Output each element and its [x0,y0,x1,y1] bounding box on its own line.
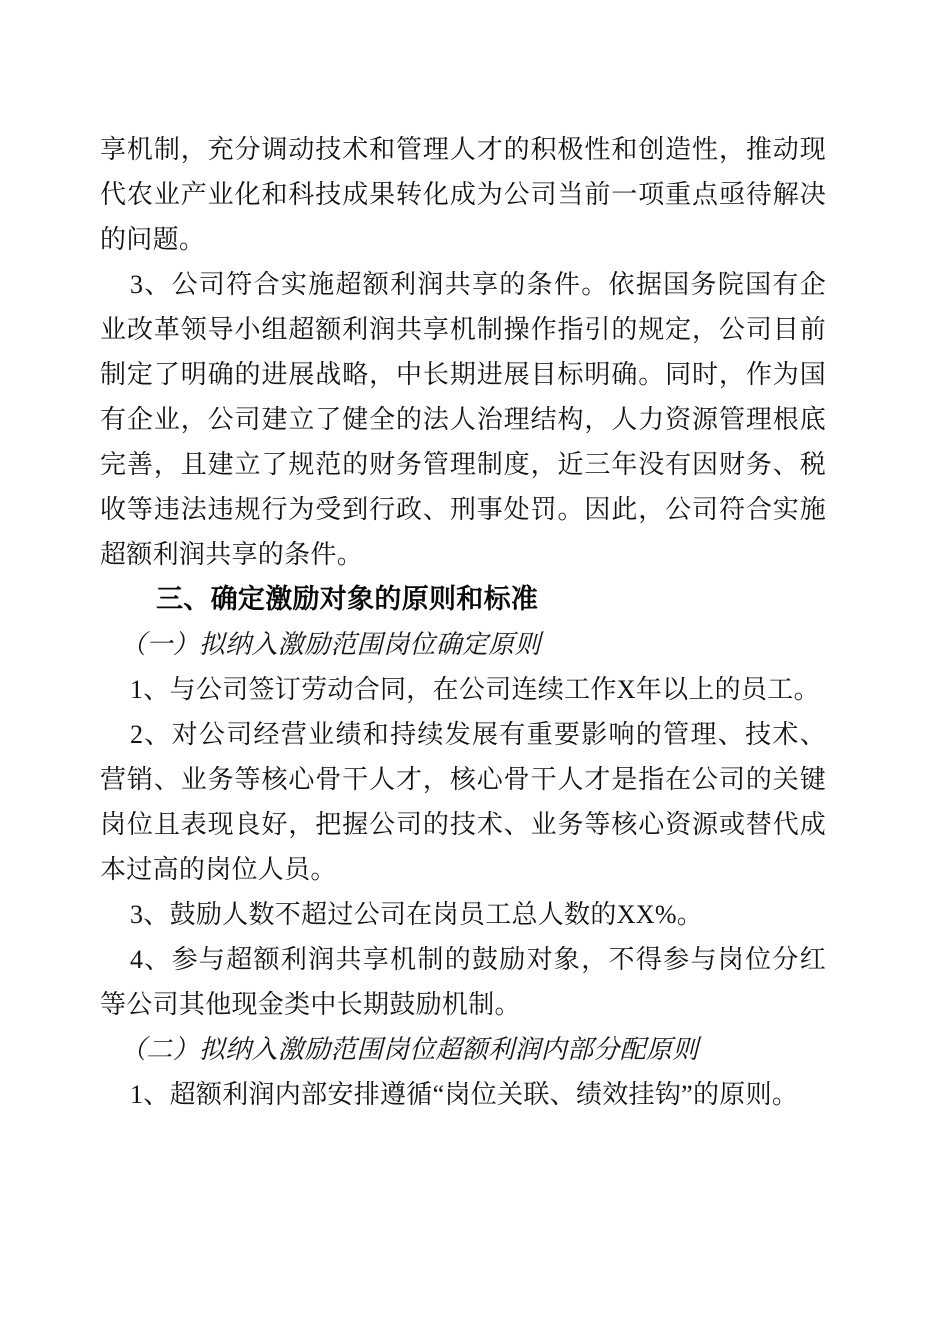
subsection-heading-1: （一）拟纳入激励范围岗位确定原则 [100,622,826,667]
text-line: 完善，且建立了规范的财务管理制度，近三年没有因财务、税 [100,442,826,487]
text-line: 3、公司符合实施超额利润共享的条件。依据国务院国有企 [100,262,826,307]
text-line: 1、与公司签订劳动合同，在公司连续工作X年以上的员工。 [100,667,826,712]
text-line: 三、确定激励对象的原则和标准 [100,577,826,622]
text-line: 4、参与超额利润共享机制的鼓励对象，不得参与岗位分红 [100,937,826,982]
text-line: 岗位且表现良好，把握公司的技术、业务等核心资源或替代成 [100,802,826,847]
text-line: 业改革领导小组超额利润共享机制操作指引的规定，公司目前 [100,307,826,352]
text-line: 享机制，充分调动技术和管理人才的积极性和创造性，推动现 [100,127,826,172]
paragraph-principle-2: 2、对公司经营业绩和持续发展有重要影响的管理、技术、营销、业务等核心骨干人才，核… [100,712,826,892]
text-line: 制定了明确的进展战略，中长期进展目标明确。同时，作为国 [100,352,826,397]
text-line: 本过高的岗位人员。 [100,847,826,892]
text-line: 1、超额利润内部安排遵循“岗位关联、绩效挂钩”的原则。 [100,1072,826,1117]
paragraph-item-3-conditions: 3、公司符合实施超额利润共享的条件。依据国务院国有企业改革领导小组超额利润共享机… [100,262,826,577]
subsection-heading-2: （二）拟纳入激励范围岗位超额利润内部分配原则 [100,1027,826,1072]
paragraph-principle-3: 3、鼓励人数不超过公司在岗员工总人数的XX%。 [100,892,826,937]
document-page: 享机制，充分调动技术和管理人才的积极性和创造性，推动现代农业产业化和科技成果转化… [0,0,950,1344]
text-line: 的问题。 [100,217,826,262]
text-line: （一）拟纳入激励范围岗位确定原则 [100,622,826,667]
paragraph-principle-4: 4、参与超额利润共享机制的鼓励对象，不得参与岗位分红等公司其他现金类中长期鼓励机… [100,937,826,1027]
text-line: 代农业产业化和科技成果转化成为公司当前一项重点亟待解决 [100,172,826,217]
text-line: 2、对公司经营业绩和持续发展有重要影响的管理、技术、 [100,712,826,757]
section-heading-3: 三、确定激励对象的原则和标准 [100,577,826,622]
text-line: 3、鼓励人数不超过公司在岗员工总人数的XX%。 [100,892,826,937]
text-line: （二）拟纳入激励范围岗位超额利润内部分配原则 [100,1027,826,1072]
text-line: 营销、业务等核心骨干人才，核心骨干人才是指在公司的关键 [100,757,826,802]
text-line: 有企业，公司建立了健全的法人治理结构，人力资源管理根底 [100,397,826,442]
text-line: 收等违法违规行为受到行政、刑事处罚。因此，公司符合实施 [100,487,826,532]
paragraph-continuation: 享机制，充分调动技术和管理人才的积极性和创造性，推动现代农业产业化和科技成果转化… [100,127,826,262]
paragraph-principle-1: 1、与公司签订劳动合同，在公司连续工作X年以上的员工。 [100,667,826,712]
paragraph-distribution-principle-1: 1、超额利润内部安排遵循“岗位关联、绩效挂钩”的原则。 [100,1072,826,1117]
text-line: 等公司其他现金类中长期鼓励机制。 [100,982,826,1027]
document-content: 享机制，充分调动技术和管理人才的积极性和创造性，推动现代农业产业化和科技成果转化… [100,127,826,1117]
text-line: 超额利润共享的条件。 [100,532,826,577]
